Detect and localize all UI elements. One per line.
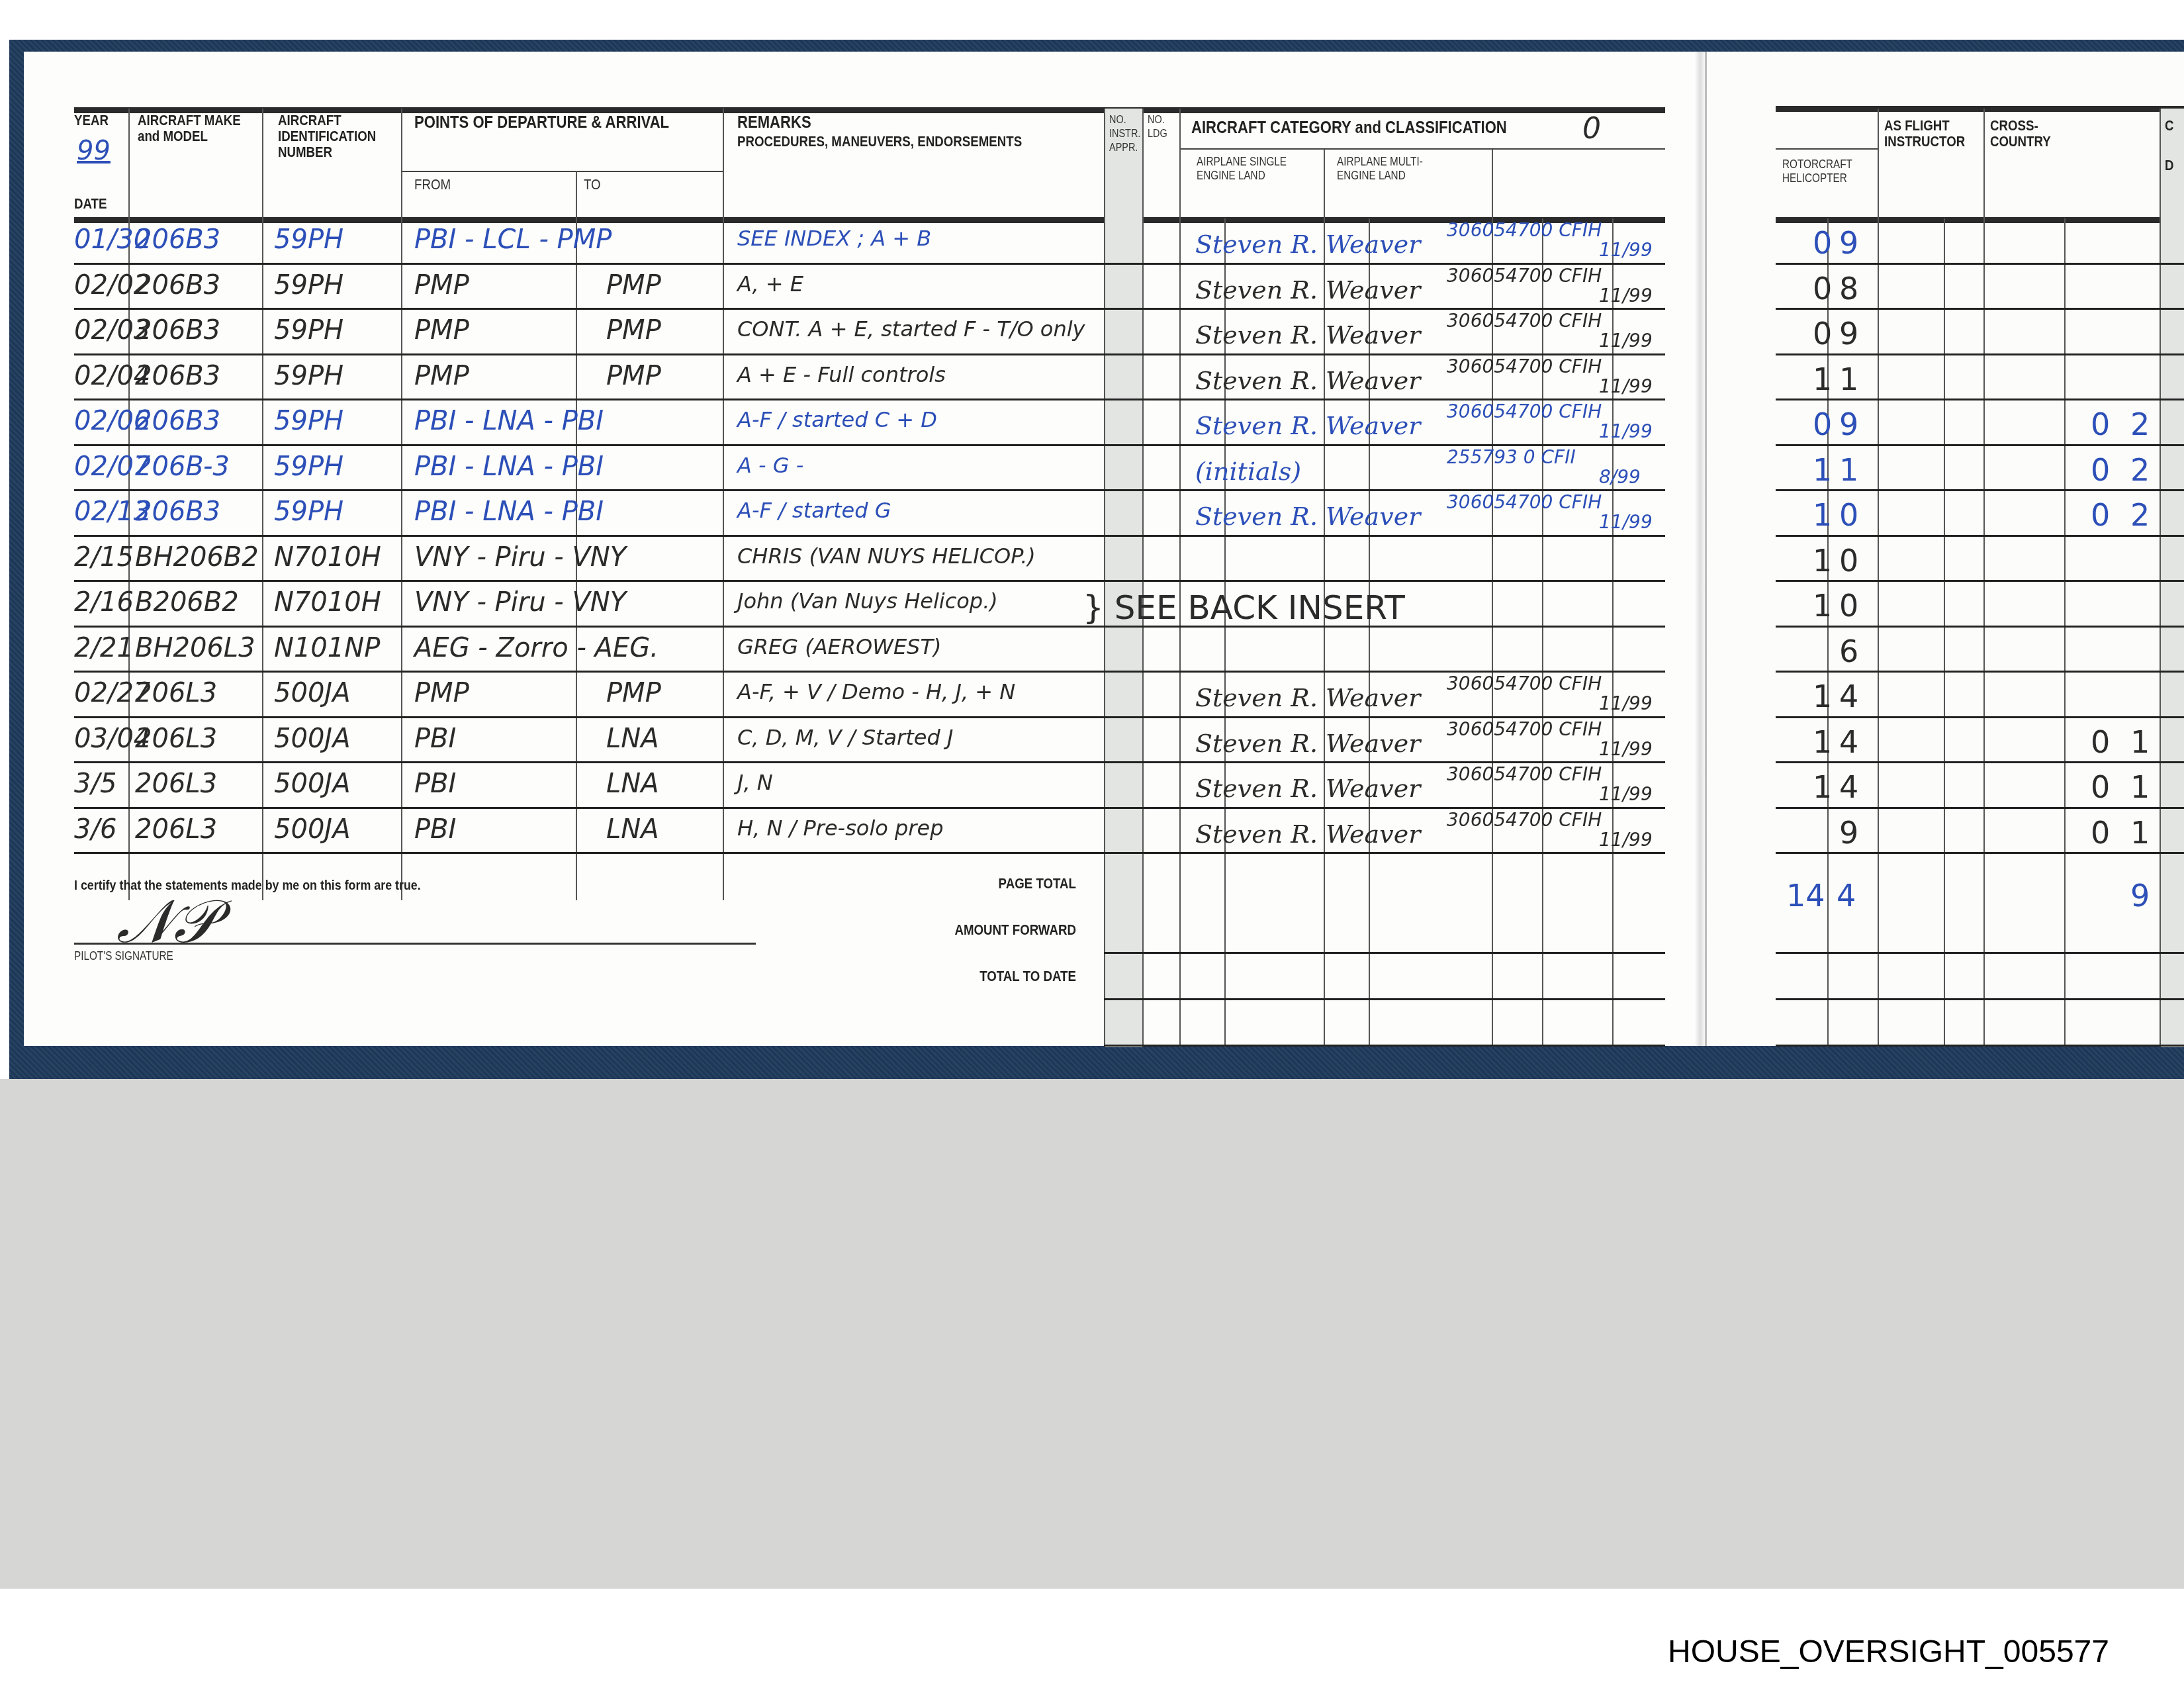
entry-date: 3/6: [74, 816, 116, 843]
heli-hours: 0: [1813, 228, 1832, 258]
xc-tenths: 2: [2130, 455, 2150, 485]
xc-hours: 0: [2091, 409, 2110, 440]
page-mark: 0: [1582, 115, 1601, 144]
entry-to: LNA: [606, 816, 659, 843]
heli-hours: 1: [1813, 545, 1832, 576]
instructor-signature: Steven R. Weaver: [1195, 821, 1420, 847]
certificate-expiration: 11/99: [1599, 740, 1653, 759]
xc-hours: 0: [2091, 818, 2110, 848]
entry-aircraft-ident: 59PH: [274, 272, 343, 299]
from-header: FROM: [414, 177, 451, 191]
ldg-header: NO. LDG: [1148, 113, 1172, 140]
entry-to: PMP: [606, 272, 661, 299]
see-back-insert-note: } SEE BACK INSERT: [1083, 591, 1405, 624]
entry-date: 2/21: [74, 635, 134, 661]
instructor-certificate: 306054700 CFIH: [1447, 221, 1602, 240]
entry-from: PBI: [414, 771, 456, 797]
xc-hours: 0: [2091, 772, 2110, 802]
entry-to: PMP: [606, 363, 661, 389]
entry-to: PMP: [606, 317, 661, 344]
xc-tenths: 1: [2130, 727, 2150, 757]
instr-appr-column: [1104, 109, 1142, 1047]
instructor-certificate: 306054700 CFIH: [1447, 357, 1602, 376]
heli-tenths: 9: [1839, 818, 1858, 848]
heli-tenths: 4: [1839, 681, 1858, 712]
entry-aircraft-model: 206L3: [135, 816, 217, 843]
entry-remarks: A-F, + V / Demo - H, J, + N: [737, 681, 1015, 702]
entry-to: LNA: [606, 726, 659, 752]
entry-date: 2/16: [74, 589, 134, 616]
certificate-expiration: 11/99: [1599, 694, 1653, 713]
instructor-certificate: 306054700 CFIH: [1447, 312, 1602, 330]
entry-remarks: H, N / Pre-solo prep: [737, 818, 944, 839]
ident-header: AIRCRAFT IDENTIFICATION NUMBER: [278, 113, 390, 160]
heli-tenths: 1: [1839, 455, 1858, 485]
instructor-signature: Steven R. Weaver: [1195, 322, 1420, 348]
pilot-signature: 𝒩𝒫: [116, 892, 216, 952]
instructor-signature: Steven R. Weaver: [1195, 232, 1420, 257]
certificate-expiration: 11/99: [1599, 422, 1653, 441]
instructor-signature: Steven R. Weaver: [1195, 685, 1420, 710]
entry-remarks: John (Van Nuys Helicop.): [737, 590, 998, 612]
entry-date: 3/5: [74, 771, 116, 797]
instructor-signature: Steven R. Weaver: [1195, 731, 1420, 756]
entry-aircraft-model: BH206B2: [135, 544, 259, 571]
certificate-expiration: 11/99: [1599, 241, 1653, 259]
heli-hours: 0: [1813, 318, 1832, 349]
certificate-expiration: 11/99: [1599, 287, 1653, 305]
page-total-heli-hours: 14: [1786, 880, 1825, 911]
entry-aircraft-model: 206L3: [135, 771, 217, 797]
entry-from: PBI - LNA - PBI: [414, 408, 604, 434]
entry-from: PBI - LNA - PBI: [414, 498, 604, 525]
entry-remarks: A-F / started G: [737, 500, 891, 521]
logbook-right-page: ROTORCRAFT HELICOPTER AS FLIGHT INSTRUCT…: [1705, 52, 2184, 1046]
instructor-certificate: 255793 0 CFII: [1447, 448, 1576, 467]
entry-from: PMP: [414, 363, 469, 389]
cut-off-header: C: [2165, 118, 2174, 134]
instructor-signature: Steven R. Weaver: [1195, 776, 1420, 801]
entry-date: 2/15: [74, 544, 134, 571]
heli-hours: 0: [1813, 273, 1832, 304]
instr-appr-header: NO. INSTR. APPR.: [1109, 113, 1141, 154]
heli-hours: 1: [1813, 364, 1832, 395]
entry-aircraft-ident: 500JA: [274, 816, 351, 843]
entry-to: LNA: [606, 771, 659, 797]
entry-aircraft-model: B206B2: [135, 589, 239, 616]
instructor-signature: (initials): [1195, 459, 1301, 484]
heli-tenths: 6: [1839, 636, 1858, 667]
entry-aircraft-ident: 59PH: [274, 363, 343, 389]
entry-aircraft-ident: 59PH: [274, 317, 343, 344]
entry-aircraft-ident: 500JA: [274, 726, 351, 752]
heli-tenths: 9: [1839, 318, 1858, 349]
make-model-header: AIRCRAFT MAKE and MODEL: [138, 113, 261, 144]
total-to-date-label: TOTAL TO DATE: [857, 968, 1077, 985]
remarks-subheader: PROCEDURES, MANEUVERS, ENDORSEMENTS: [737, 134, 1022, 150]
instructor-certificate: 306054700 CFIH: [1447, 493, 1602, 512]
cross-country-header: CROSS-COUNTRY: [1990, 118, 2069, 150]
heli-tenths: 1: [1839, 364, 1858, 395]
certificate-expiration: 8/99: [1599, 468, 1641, 487]
entry-aircraft-model: 206B-3: [135, 453, 230, 480]
heli-hours: 1: [1813, 590, 1832, 621]
instructor-signature: Steven R. Weaver: [1195, 277, 1420, 303]
entry-aircraft-ident: N7010H: [274, 589, 381, 616]
entry-aircraft-model: 206B3: [135, 363, 220, 389]
heli-hours: 1: [1813, 455, 1832, 485]
instructor-certificate: 306054700 CFIH: [1447, 765, 1602, 784]
entry-remarks: A - G -: [737, 455, 803, 476]
cut-off-subheader: D: [2165, 158, 2174, 173]
xc-hours: 0: [2091, 500, 2110, 530]
remarks-header: REMARKS: [737, 113, 811, 131]
entry-remarks: A + E - Full controls: [737, 364, 946, 385]
heli-hours: 1: [1813, 772, 1832, 802]
heli-tenths: 9: [1839, 228, 1858, 258]
xc-tenths: 2: [2130, 500, 2150, 530]
heli-tenths: 0: [1839, 500, 1858, 530]
entry-aircraft-ident: 59PH: [274, 226, 343, 253]
instructor-certificate: 306054700 CFIH: [1447, 675, 1602, 693]
instructor-certificate: 306054700 CFIH: [1447, 720, 1602, 739]
xc-tenths: 1: [2130, 772, 2150, 802]
entry-aircraft-model: 206B3: [135, 226, 220, 253]
bates-number: HOUSE_OVERSIGHT_005577: [1668, 1634, 2109, 1670]
rotorcraft-header: ROTORCRAFT HELICOPTER: [1782, 158, 1867, 185]
entry-from: VNY - Piru - VNY: [414, 544, 626, 571]
entry-from: PBI - LNA - PBI: [414, 453, 604, 480]
certificate-expiration: 11/99: [1599, 332, 1653, 350]
heli-tenths: 8: [1839, 273, 1858, 304]
xc-tenths: 1: [2130, 818, 2150, 848]
entry-from: VNY - Piru - VNY: [414, 589, 626, 616]
heli-tenths: 4: [1839, 727, 1858, 757]
entry-from: AEG - Zorro - AEG.: [414, 635, 659, 661]
to-header: TO: [584, 177, 601, 191]
entry-aircraft-model: BH206L3: [135, 635, 255, 661]
logbook-left-page: 0 YEAR 99 DATE AIRCRAFT MAKE and MODEL A…: [24, 52, 1705, 1046]
instructor-signature: Steven R. Weaver: [1195, 504, 1420, 529]
date-label: DATE: [74, 196, 107, 212]
entry-aircraft-model: 206B3: [135, 498, 220, 525]
heli-hours: 1: [1813, 500, 1832, 530]
entry-from: PMP: [414, 680, 469, 706]
entry-from: PMP: [414, 317, 469, 344]
entry-from: PMP: [414, 272, 469, 299]
year-label: YEAR: [74, 113, 109, 128]
entry-from: PBI - LCL - PMP: [414, 226, 612, 253]
xc-tenths: 2: [2130, 409, 2150, 440]
entry-from: PBI: [414, 816, 456, 843]
certificate-expiration: 11/99: [1599, 377, 1653, 396]
heli-hours: 1: [1813, 681, 1832, 712]
asel-header: AIRPLANE SINGLE ENGINE LAND: [1197, 155, 1298, 183]
entry-aircraft-ident: N7010H: [274, 544, 381, 571]
entry-aircraft-ident: 59PH: [274, 408, 343, 434]
entry-remarks: CHRIS (VAN NUYS HELICOP.): [737, 545, 1036, 567]
scanner-background: [0, 1079, 2184, 1589]
entry-remarks: CONT. A + E, started F - T/O only: [737, 318, 1085, 340]
heli-tenths: 9: [1839, 409, 1858, 440]
instructor-certificate: 306054700 CFIH: [1447, 267, 1602, 285]
heli-tenths: 0: [1839, 545, 1858, 576]
certificate-expiration: 11/99: [1599, 513, 1653, 532]
entry-remarks: A-F / started C + D: [737, 409, 937, 430]
entry-aircraft-model: 206L3: [135, 726, 217, 752]
entry-from: PBI: [414, 726, 456, 752]
entry-to: PMP: [606, 680, 661, 706]
points-header: POINTS OF DEPARTURE & ARRIVAL: [414, 113, 669, 131]
entry-remarks: A, + E: [737, 273, 803, 295]
entry-aircraft-model: 206B3: [135, 408, 220, 434]
xc-hours: 0: [2091, 727, 2110, 757]
heli-tenths: 4: [1839, 772, 1858, 802]
entry-aircraft-ident: 500JA: [274, 771, 351, 797]
entry-aircraft-model: 206B3: [135, 272, 220, 299]
page-total-heli-tenths: 4: [1837, 880, 1856, 911]
entry-remarks: J, N: [737, 772, 773, 793]
instructor-certificate: 306054700 CFIH: [1447, 402, 1602, 421]
heli-tenths: 0: [1839, 590, 1858, 621]
entry-aircraft-ident: N101NP: [274, 635, 380, 661]
year-value: 99: [77, 138, 111, 164]
amount-forward-label: AMOUNT FORWARD: [857, 921, 1077, 939]
instructor-certificate: 306054700 CFIH: [1447, 811, 1602, 829]
category-header: AIRCRAFT CATEGORY and CLASSIFICATION: [1191, 118, 1507, 136]
page-total-label: PAGE TOTAL: [857, 875, 1077, 892]
entry-aircraft-model: 206B3: [135, 317, 220, 344]
entry-remarks: C, D, M, V / Started J: [737, 727, 953, 748]
flight-instructor-header: AS FLIGHT INSTRUCTOR: [1884, 118, 1963, 150]
heli-hours: 0: [1813, 409, 1832, 440]
entry-aircraft-ident: 59PH: [274, 498, 343, 525]
entry-aircraft-ident: 59PH: [274, 453, 343, 480]
entry-remarks: SEE INDEX ; A + B: [737, 228, 931, 249]
page-total-xc-tenths: 9: [2130, 880, 2150, 911]
heli-hours: 1: [1813, 727, 1832, 757]
certificate-expiration: 11/99: [1599, 831, 1653, 849]
instructor-signature: Steven R. Weaver: [1195, 413, 1420, 438]
entry-aircraft-ident: 500JA: [274, 680, 351, 706]
instructor-signature: Steven R. Weaver: [1195, 368, 1420, 393]
entry-aircraft-model: 206L3: [135, 680, 217, 706]
entry-remarks: GREG (AEROWEST): [737, 636, 941, 657]
amel-header: AIRPLANE MULTI-ENGINE LAND: [1337, 155, 1438, 183]
xc-hours: 0: [2091, 455, 2110, 485]
certificate-expiration: 11/99: [1599, 785, 1653, 804]
